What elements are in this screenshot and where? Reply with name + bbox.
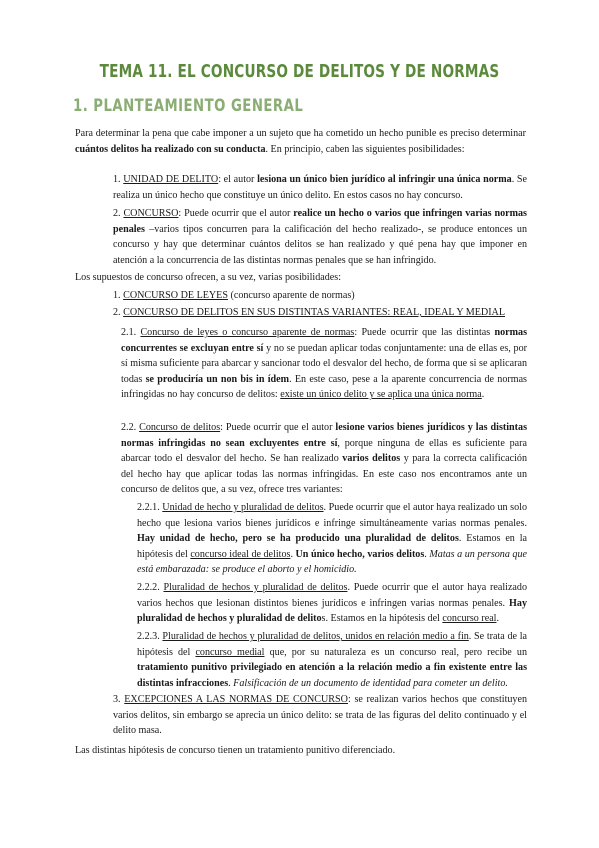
list-item-unidad-delito: 1. UNIDAD DE DELITO: el autor lesiona un… bbox=[113, 172, 527, 203]
bold-text: varios delitos bbox=[342, 453, 400, 464]
intro-paragraph: Para determinar la pena que cabe imponer… bbox=[75, 126, 526, 157]
item-number: 1. bbox=[113, 174, 123, 185]
item-number: 2.2.1. bbox=[137, 502, 162, 513]
underlined-term: CONCURSO DE DELITOS EN SUS DISTINTAS VAR… bbox=[123, 307, 505, 318]
item-number: 2. bbox=[113, 307, 123, 318]
underlined-term: Concurso de delitos bbox=[139, 422, 220, 433]
bold-text: Un único hecho, varios delitos bbox=[296, 549, 425, 560]
text: . En principio, caben las siguientes pos… bbox=[266, 144, 465, 155]
bold-text: cuántos delitos ha realizado con su cond… bbox=[75, 144, 266, 155]
underlined-text: existe un único delito y se aplica una ú… bbox=[280, 389, 482, 400]
text: : Puede ocurrir que el autor bbox=[178, 208, 293, 219]
subsection-2-2-2: 2.2.2. Pluralidad de hechos y pluralidad… bbox=[137, 580, 527, 627]
text: . bbox=[482, 389, 485, 400]
bold-text: lesiona un único bien jurídico al infrin… bbox=[257, 174, 512, 185]
item-number: 2.1. bbox=[121, 327, 140, 338]
supuestos-intro: Los supuestos de concurso ofrecen, a su … bbox=[75, 270, 526, 286]
closing-paragraph: Las distintas hipótesis de concurso tien… bbox=[75, 743, 526, 759]
document-page: TEMA 11. EL CONCURSO DE DELITOS Y DE NOR… bbox=[0, 0, 599, 848]
item-number: 3. bbox=[113, 694, 124, 705]
section-heading: 1. PLANTEAMIENTO GENERAL bbox=[73, 96, 303, 116]
text: Para determinar la pena que cabe imponer… bbox=[75, 128, 526, 139]
text: : Puede ocurrir que las distintas bbox=[354, 327, 494, 338]
list-item-concurso-delitos: 2. CONCURSO DE DELITOS EN SUS DISTINTAS … bbox=[113, 305, 527, 321]
text: que, por su naturaleza es un concurso re… bbox=[264, 647, 527, 658]
underlined-term: CONCURSO bbox=[123, 208, 178, 219]
item-number: 2.2.2. bbox=[137, 582, 163, 593]
example-text: Falsificación de un documento de identid… bbox=[233, 678, 508, 689]
underlined-text: concurso real bbox=[442, 613, 496, 624]
subsection-2-1: 2.1. Concurso de leyes o concurso aparen… bbox=[121, 325, 527, 403]
text: –varios tipos concurren para la califica… bbox=[113, 224, 527, 266]
text: . bbox=[496, 613, 499, 624]
document-title: TEMA 11. EL CONCURSO DE DELITOS Y DE NOR… bbox=[66, 62, 533, 82]
item-number: 2. bbox=[113, 208, 123, 219]
bold-text: Hay unidad de hecho, pero se ha producid… bbox=[137, 533, 459, 544]
list-item-concurso-leyes: 1. CONCURSO DE LEYES (concurso aparente … bbox=[113, 288, 527, 304]
underlined-term: Unidad de hecho y pluralidad de delitos bbox=[162, 502, 323, 513]
item-number: 2.2.3. bbox=[137, 631, 162, 642]
text: : el autor bbox=[218, 174, 257, 185]
subsection-2-2-3: 2.2.3. Pluralidad de hechos y pluralidad… bbox=[137, 629, 527, 691]
subsection-2-2-1: 2.2.1. Unidad de hecho y pluralidad de d… bbox=[137, 500, 527, 578]
list-item-concurso: 2. CONCURSO: Puede ocurrir que el autor … bbox=[113, 206, 527, 268]
underlined-term: Concurso de leyes o concurso aparente de… bbox=[140, 327, 354, 338]
underlined-text: concurso medial bbox=[195, 647, 264, 658]
underlined-term: UNIDAD DE DELITO bbox=[123, 174, 218, 185]
subsection-2-2: 2.2. Concurso de delitos: Puede ocurrir … bbox=[121, 420, 527, 498]
underlined-text: concurso ideal de delitos bbox=[190, 549, 290, 560]
bold-text: se produciría un non bis in ídem bbox=[146, 374, 289, 385]
underlined-term: EXCEPCIONES A LAS NORMAS DE CONCURSO bbox=[124, 694, 348, 705]
text: s. Estamos en la hipótesis del bbox=[322, 613, 443, 624]
list-item-excepciones: 3. EXCEPCIONES A LAS NORMAS DE CONCURSO:… bbox=[113, 692, 527, 739]
underlined-term: Pluralidad de hechos y pluralidad de del… bbox=[163, 582, 347, 593]
text: : Puede ocurrir que el autor bbox=[220, 422, 335, 433]
item-number: 1. bbox=[113, 290, 123, 301]
item-number: 2.2. bbox=[121, 422, 139, 433]
underlined-term: Pluralidad de hechos y pluralidad de del… bbox=[162, 631, 468, 642]
underlined-term: CONCURSO DE LEYES bbox=[123, 290, 228, 301]
text: (concurso aparente de normas) bbox=[228, 290, 355, 301]
